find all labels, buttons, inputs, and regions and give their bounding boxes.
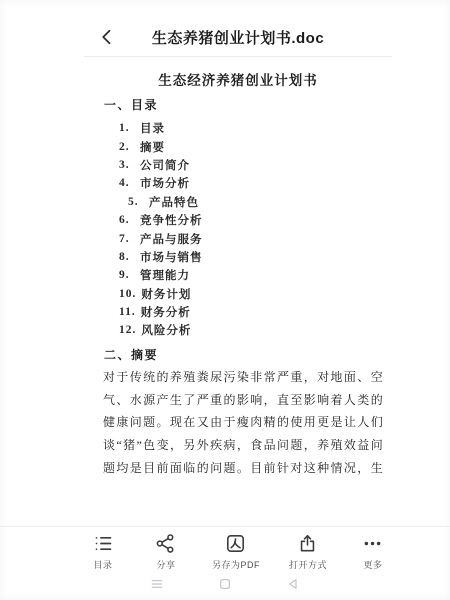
header-divider bbox=[84, 56, 392, 57]
table-of-contents: 1.目录 2.摘要 3.公司简介 4.市场分析 5.产品特色 6.竞争性分析 7… bbox=[119, 119, 203, 340]
share-button[interactable]: 分享 bbox=[149, 533, 183, 571]
document-filename: 生态养猪创业计划书.doc bbox=[85, 27, 391, 48]
toolbar-label: 打开方式 bbox=[289, 558, 327, 571]
toc-item: 6.竞争性分析 bbox=[119, 211, 203, 229]
toc-item: 7.产品与服务 bbox=[119, 229, 203, 247]
toolbar-label: 目录 bbox=[93, 558, 112, 571]
nav-home-button[interactable] bbox=[216, 575, 234, 593]
document-title: 生态经济养猪创业计划书 bbox=[85, 69, 391, 89]
toc-item: 12.风险分析 bbox=[119, 321, 203, 339]
bottom-toolbar: 目录 分享 bbox=[86, 533, 390, 571]
document-viewer-screen: 生态养猪创业计划书.doc 生态经济养猪创业计划书 一、目录 1.目录 2.摘要… bbox=[0, 0, 450, 600]
toc-item: 9.管理能力 bbox=[119, 266, 203, 284]
android-nav-bar bbox=[0, 571, 450, 597]
summary-paragraph: 对于传统的养殖粪尿污染非常严重，对地面、空气、水源产生了严重的影响，直至影响着人… bbox=[103, 366, 384, 480]
toolbar-label: 更多 bbox=[363, 558, 382, 571]
toolbar-label: 分享 bbox=[156, 558, 175, 571]
more-icon bbox=[362, 533, 383, 554]
open-with-button[interactable]: 打开方式 bbox=[289, 533, 327, 571]
toc-item: 3.公司简介 bbox=[119, 156, 203, 174]
app-header: 生态养猪创业计划书.doc bbox=[85, 24, 391, 54]
section-heading-summary: 二、摘要 bbox=[104, 346, 158, 363]
open-with-icon bbox=[297, 533, 318, 554]
back-triangle-icon bbox=[285, 576, 301, 592]
toc-item: 10.财务计划 bbox=[119, 285, 203, 303]
menu-icon bbox=[149, 576, 165, 592]
toc-item: 2.摘要 bbox=[119, 137, 203, 155]
toc-list-icon bbox=[93, 533, 114, 554]
toolbar-label: 另存为PDF bbox=[212, 558, 260, 571]
save-pdf-icon bbox=[225, 533, 246, 554]
section-heading-toc: 一、目录 bbox=[104, 96, 158, 113]
toc-button[interactable]: 目录 bbox=[86, 533, 120, 571]
more-button[interactable]: 更多 bbox=[356, 533, 390, 571]
toolbar-divider bbox=[0, 526, 450, 527]
toc-item: 4.市场分析 bbox=[119, 174, 203, 192]
home-square-icon bbox=[217, 576, 233, 592]
toc-item: 8.市场与销售 bbox=[119, 248, 203, 266]
nav-back-button[interactable] bbox=[284, 575, 302, 593]
nav-menu-button[interactable] bbox=[148, 575, 166, 593]
share-icon bbox=[155, 533, 176, 554]
toc-item: 5.产品特色 bbox=[128, 193, 203, 211]
save-as-pdf-button[interactable]: 另存为PDF bbox=[212, 533, 260, 571]
toc-item: 1.目录 bbox=[119, 119, 203, 137]
toc-item: 11.财务分析 bbox=[119, 303, 203, 321]
